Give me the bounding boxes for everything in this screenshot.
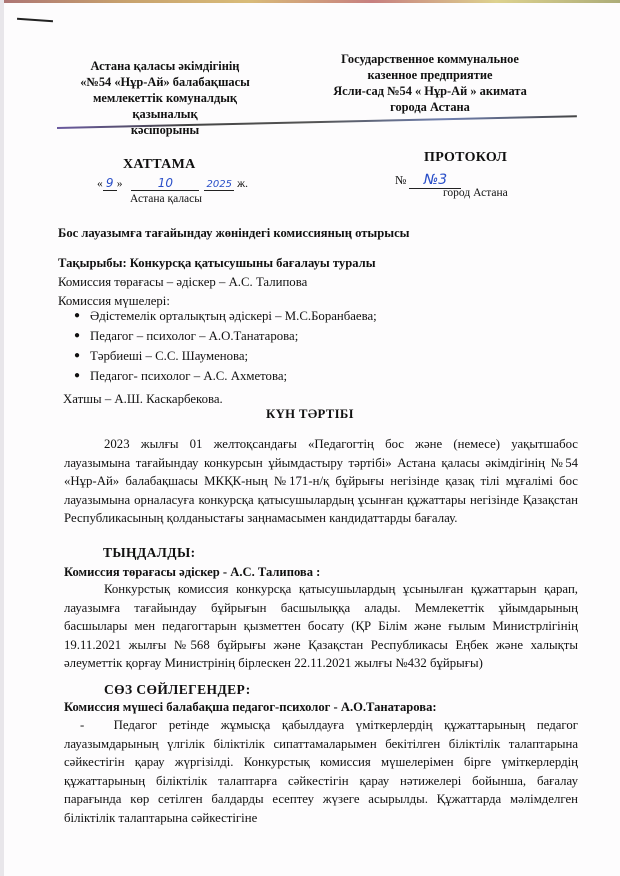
header-russian-line: Государственное коммунальное <box>325 51 535 67</box>
date-suffix: ж. <box>237 178 248 190</box>
bullet-icon: ● <box>74 326 80 346</box>
member-item: ●Педагог – психолог – А.О.Танатарова; <box>70 326 377 346</box>
meeting-topic: Тақырыбы: Конкурсқа қатысушыны бағалауы … <box>58 256 376 271</box>
spoke-speaker: Комиссия мүшесі балабақша педагог-психол… <box>64 700 437 715</box>
header-russian-line: казенное предприятие <box>325 67 535 83</box>
scan-left-edge <box>0 0 4 876</box>
bullet-icon: ● <box>74 346 80 366</box>
member-item: ●Әдістемелік орталықтың әдіскері – М.С.Б… <box>70 306 377 326</box>
heard-speaker: Комиссия төрағасы әдіскер - А.С. Талипов… <box>64 565 320 580</box>
member-text: Педагог – психолог – А.О.Танатарова; <box>90 329 298 343</box>
secretary: Хатшы – А.Ш. Каскарбекова. <box>63 390 223 409</box>
city-kazakh: Астана қаласы <box>130 193 202 205</box>
members-list: ●Әдістемелік орталықтың әдіскері – М.С.Б… <box>70 306 377 386</box>
member-item: ●Тәрбиеші – С.С. Шауменова; <box>70 346 377 366</box>
agenda-text: 2023 жылғы 01 желтоқсандағы «Педагогтің … <box>64 435 578 528</box>
document-page: Астана қаласы әкімдігінің «№54 «Нұр-Ай» … <box>0 0 620 876</box>
dash-bullet: - <box>80 716 102 735</box>
member-text: Тәрбиеші – С.С. Шауменова; <box>90 349 248 363</box>
heard-title: ТЫҢДАЛДЫ: <box>103 545 196 561</box>
protocol-title-russian: ПРОТОКОЛ <box>424 150 507 166</box>
bullet-icon: ● <box>74 306 80 326</box>
header-kazakh-line: «№54 «Нұр-Ай» балабақшасы <box>60 74 270 90</box>
scan-top-edge <box>0 0 620 3</box>
spoke-text: - Педагог ретінде жұмысқа қабылдауға үмі… <box>64 716 578 828</box>
header-russian: Государственное коммунальное казенное пр… <box>325 51 535 115</box>
member-item: ●Педагог- психолог – А.С. Ахметова; <box>70 366 377 386</box>
corner-pen-mark <box>17 18 53 23</box>
heard-text: Конкурстық комиссия конкурсқа қатысушыла… <box>64 580 578 673</box>
date-day: 9 <box>103 176 117 191</box>
commission-chair: Комиссия төрағасы – әдіскер – А.С. Талип… <box>58 273 307 292</box>
spoke-paragraph: Педагог ретінде жұмысқа қабылдауға үмітк… <box>64 718 578 825</box>
agenda-paragraph: 2023 жылғы 01 желтоқсандағы «Педагогтің … <box>64 437 578 525</box>
heard-paragraph: Конкурстық комиссия конкурсқа қатысушыла… <box>64 582 578 670</box>
date-close-quote: » <box>117 178 123 190</box>
member-text: Педагог- психолог – А.С. Ахметова; <box>90 369 287 383</box>
protocol-date: «9» 10 2025 ж. <box>97 176 248 191</box>
header-russian-line: Ясли-сад №54 « Нұр-Ай » акимата <box>325 83 535 99</box>
member-text: Әдістемелік орталықтың әдіскері – М.С.Бо… <box>90 309 377 323</box>
meeting-title: Бос лауазымға тағайындау жөніндегі комис… <box>58 226 410 241</box>
protocol-title-kazakh: ХАТТАМА <box>123 157 196 173</box>
date-year: 2025 <box>204 179 234 191</box>
header-kazakh-line: мемлекеттік комуналдық қазыналық <box>60 90 270 122</box>
agenda-title: КҮН ТӘРТІБІ <box>0 407 620 422</box>
spoke-title: СӨЗ СӨЙЛЕГЕНДЕР: <box>104 682 251 698</box>
number-prefix: № <box>395 173 406 187</box>
header-russian-line: города Астана <box>325 99 535 115</box>
header-kazakh-line: Астана қаласы әкімдігінің <box>60 58 270 74</box>
bullet-icon: ● <box>74 366 80 386</box>
city-russian: город Астана <box>443 187 508 199</box>
date-month: 10 <box>131 176 199 191</box>
